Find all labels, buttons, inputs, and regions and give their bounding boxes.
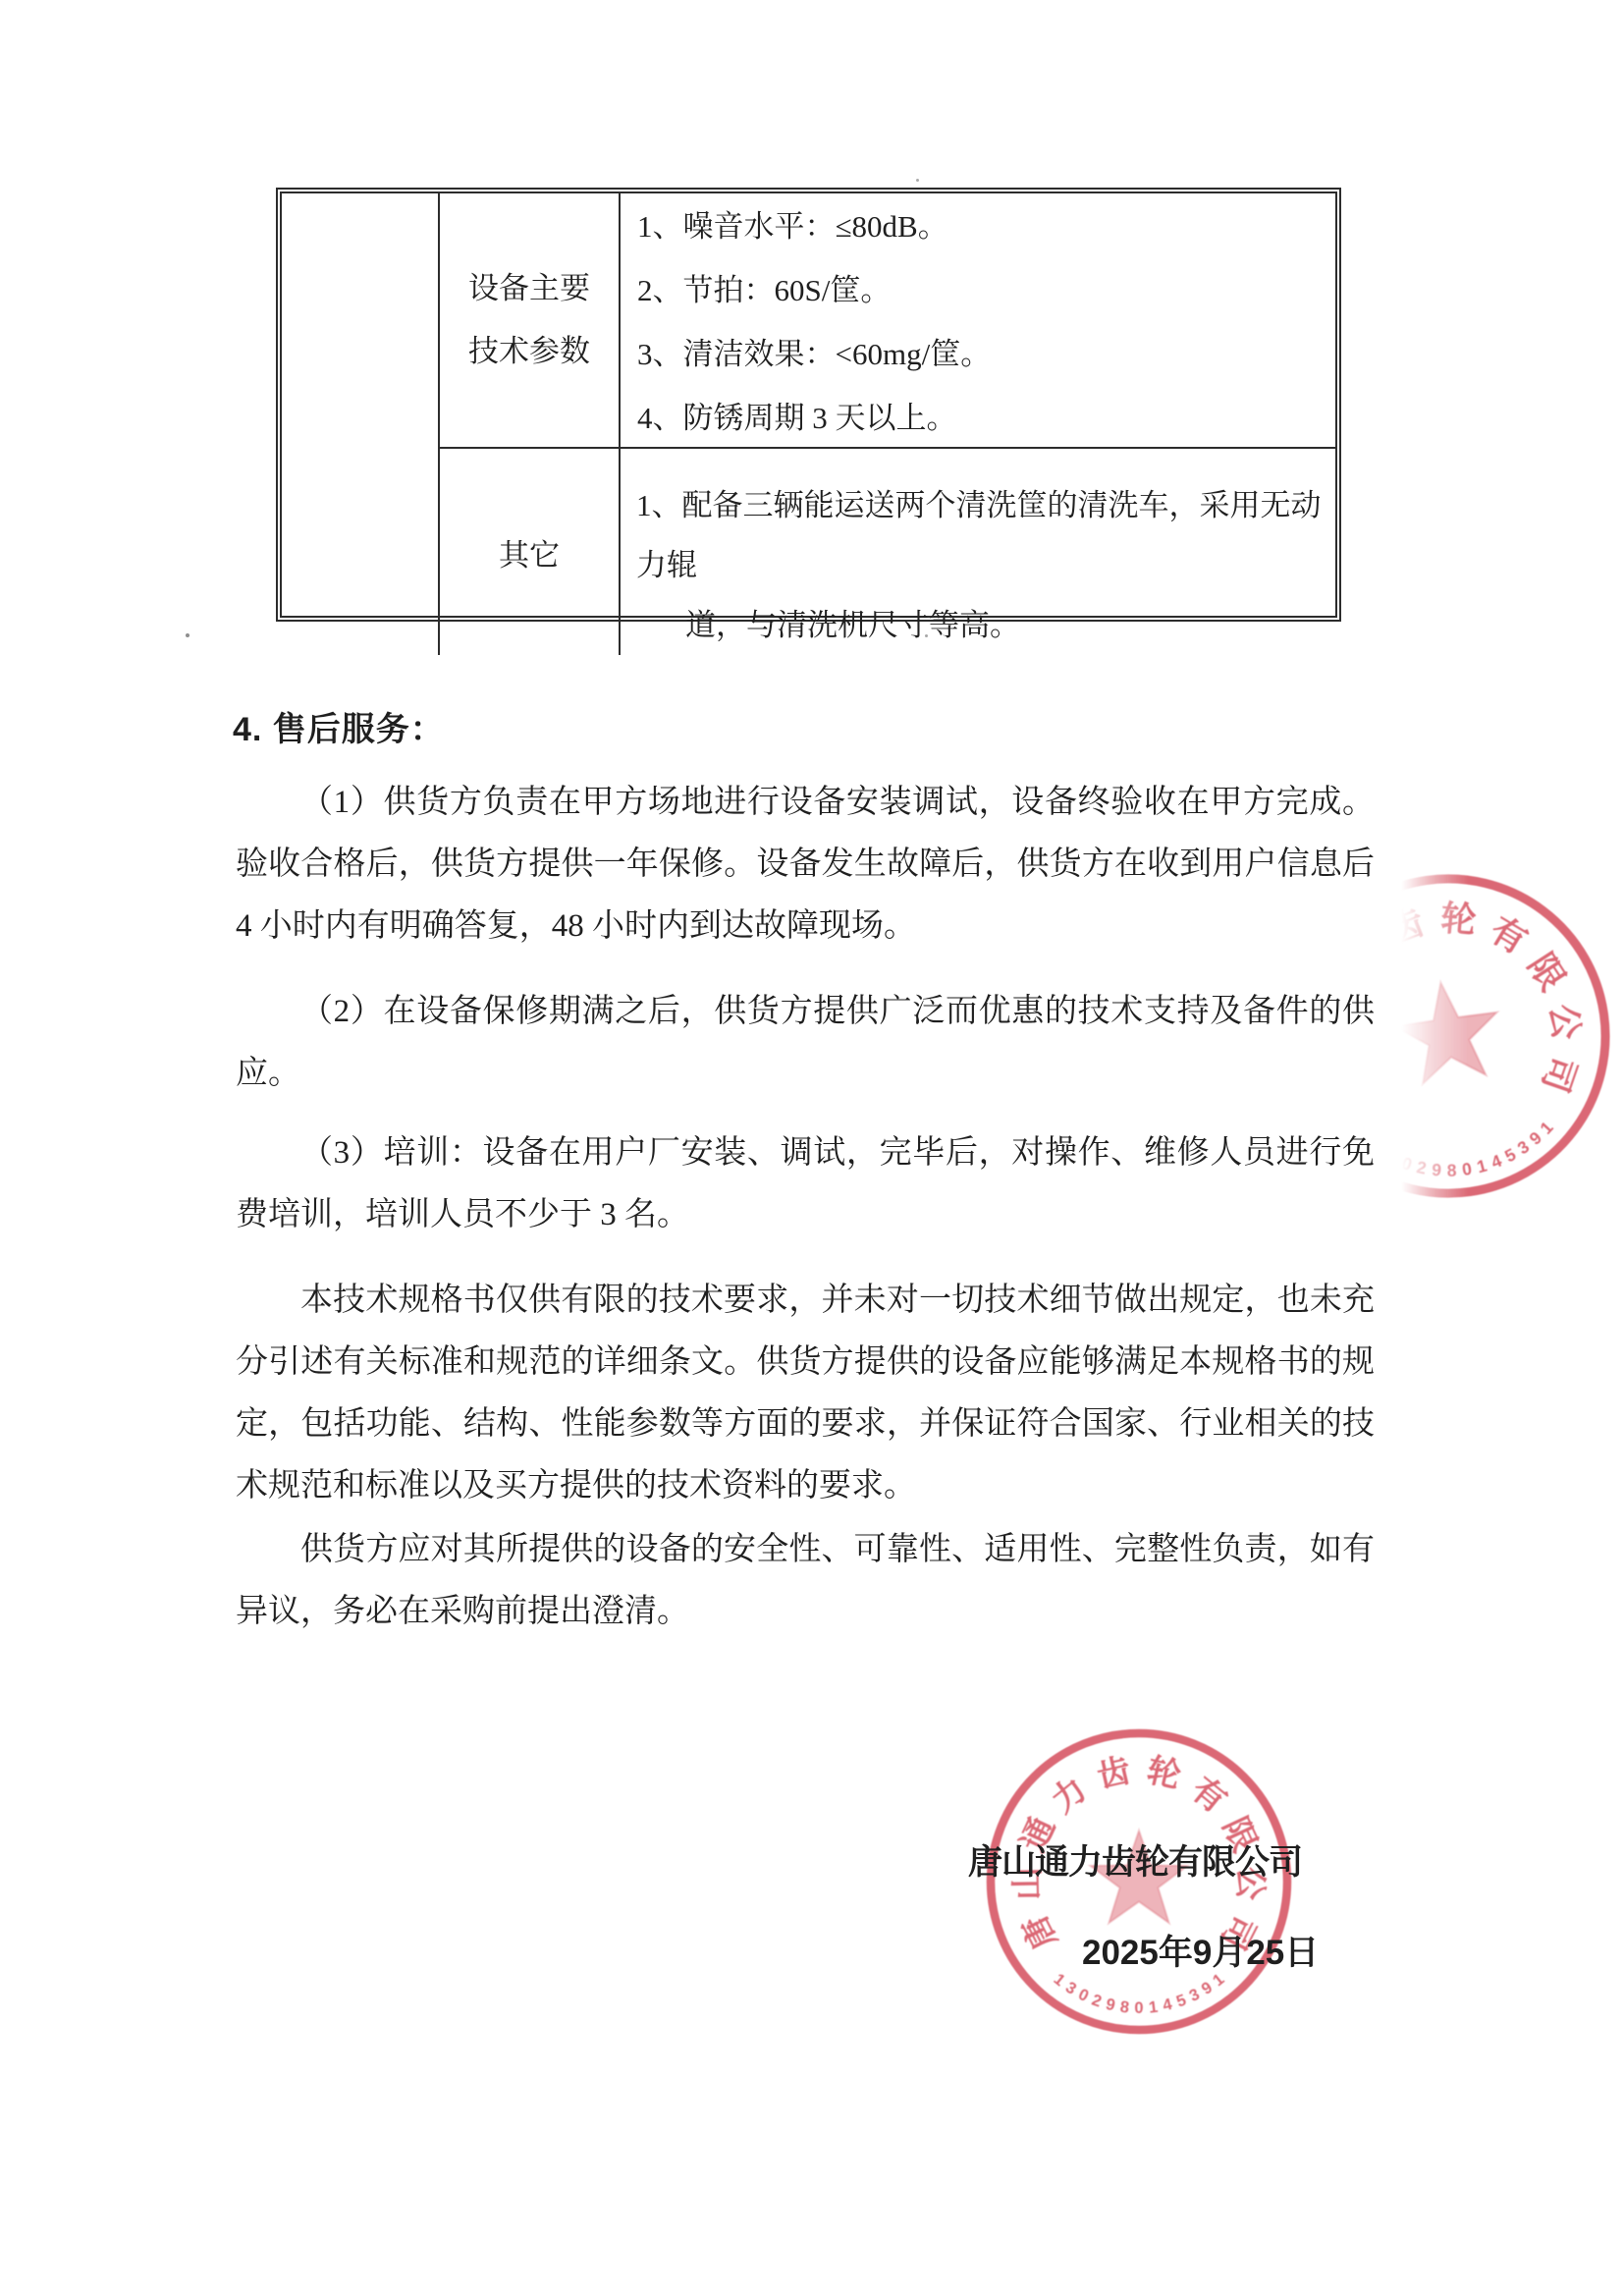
- param-body-cell: 1、噪音水平：≤80dB。 2、节拍：60S/筐。 3、清洁效果：<60mg/筐…: [621, 193, 1335, 449]
- paragraph-after-sales-2: （2）在设备保修期满之后，供货方提供广泛而优惠的技术支持及备件的供 应。: [236, 981, 1375, 1105]
- text-line: 供货方应对其所提供的设备的安全性、可靠性、适用性、完整性负责，如有: [236, 1519, 1375, 1581]
- other-header-cell: 其它: [440, 449, 621, 655]
- signature-date: 2025年9月25日: [1082, 1926, 1319, 1975]
- svg-text:0: 0: [1399, 1153, 1414, 1175]
- scan-speck: [186, 633, 189, 637]
- svg-text:3: 3: [1384, 1147, 1401, 1169]
- text-line: 分引述有关标准和规范的详细条文。供货方提供的设备应能够满足本规格书的规: [236, 1332, 1375, 1394]
- other-item-line: 道，与清洗机尺寸等高。: [636, 595, 1327, 655]
- svg-text:1: 1: [1148, 1998, 1159, 2017]
- svg-text:2: 2: [1415, 1157, 1429, 1178]
- spec-table: 设备主要 技术参数 1、噪音水平：≤80dB。 2、节拍：60S/筐。 3、清洁…: [276, 188, 1341, 622]
- text-line: 本技术规格书仅供有限的技术要求，并未对一切技术细节做出规定，也未充: [236, 1270, 1375, 1332]
- svg-text:1: 1: [1536, 1118, 1556, 1138]
- text-line: 费培训，培训人员不少于 3 名。: [236, 1184, 1375, 1246]
- svg-text:5: 5: [1174, 1992, 1189, 2011]
- document-page: 设备主要 技术参数 1、噪音水平：≤80dB。 2、节拍：60S/筐。 3、清洁…: [0, 0, 1623, 2296]
- text-line: （3）培训：设备在用户厂安装、调试，完毕后，对操作、维修人员进行免: [236, 1122, 1375, 1184]
- scan-speck: [925, 634, 928, 637]
- svg-text:8: 8: [1446, 1161, 1457, 1180]
- svg-text:3: 3: [1186, 1986, 1202, 2005]
- text-line: 异议，务必在采购前提出澄清。: [236, 1581, 1375, 1643]
- text-line: 定，包括功能、结构、性能参数等方面的要求，并保证符合国家、行业相关的技: [236, 1394, 1375, 1455]
- svg-text:0: 0: [1134, 1999, 1143, 2017]
- svg-text:9: 9: [1104, 1995, 1116, 2015]
- param-header-line: 技术参数: [468, 320, 590, 383]
- svg-text:有: 有: [1184, 1771, 1233, 1821]
- svg-text:有: 有: [1484, 909, 1535, 962]
- paragraph-supplier-responsibility: 供货方应对其所提供的设备的安全性、可靠性、适用性、完整性负责，如有 异议，务必在…: [236, 1519, 1375, 1643]
- other-body-cell: 1、配备三辆能运送两个清洗筐的清洗车，采用无动力辊 道，与清洗机尺寸等高。: [621, 449, 1335, 655]
- scan-speck: [916, 179, 919, 182]
- text-line: 术规范和标准以及买方提供的技术资料的要求。: [236, 1455, 1375, 1517]
- svg-text:4: 4: [1161, 1995, 1174, 2015]
- paragraph-spec-scope: 本技术规格书仅供有限的技术要求，并未对一切技术细节做出规定，也未充 分引述有关标…: [236, 1270, 1375, 1517]
- param-item: 2、节拍：60S/筐。: [637, 258, 1327, 322]
- text-line: 验收合格后，供货方提供一年保修。设备发生故障后，供货方在收到用户信息后: [236, 834, 1375, 896]
- svg-text:轮: 轮: [1144, 1751, 1185, 1796]
- svg-text:0: 0: [1075, 1986, 1091, 2005]
- svg-text:齿: 齿: [1382, 902, 1430, 952]
- other-header-label: 其它: [499, 530, 560, 574]
- param-item: 1、噪音水平：≤80dB。: [637, 194, 1327, 258]
- paragraph-after-sales-1: （1）供货方负责在甲方场地进行设备安装调试，设备终验收在甲方完成。 验收合格后，…: [236, 772, 1375, 957]
- svg-text:2: 2: [1090, 1992, 1105, 2011]
- svg-text:轮: 轮: [1439, 898, 1478, 941]
- svg-text:限: 限: [1520, 946, 1573, 998]
- svg-text:9: 9: [1431, 1160, 1442, 1180]
- signature-company-name: 唐山通力齿轮有限公司: [968, 1835, 1302, 1885]
- svg-text:唐: 唐: [1016, 1909, 1064, 1956]
- svg-text:司: 司: [1535, 1051, 1584, 1097]
- section-heading: 4. 售后服务：: [233, 704, 445, 755]
- param-header-cell: 设备主要 技术参数: [440, 193, 621, 449]
- text-line: （2）在设备保修期满之后，供货方提供广泛而优惠的技术支持及备件的供: [236, 981, 1375, 1043]
- svg-text:4: 4: [1488, 1150, 1505, 1172]
- other-item-line: 1、配备三辆能运送两个清洗筐的清洗车，采用无动力辊: [636, 475, 1327, 595]
- svg-text:1: 1: [1475, 1155, 1489, 1176]
- svg-text:公: 公: [1542, 1002, 1587, 1042]
- paragraph-after-sales-3: （3）培训：设备在用户厂安装、调试，完毕后，对操作、维修人员进行免 费培训，培训…: [236, 1122, 1375, 1246]
- table-empty-cell: [282, 193, 440, 655]
- svg-text:8: 8: [1119, 1998, 1130, 2017]
- param-item: 3、清洁效果：<60mg/筐。: [637, 322, 1327, 386]
- text-line: 4 小时内有明确答复，48 小时内到达故障现场。: [236, 896, 1375, 957]
- param-header-line: 设备主要: [468, 257, 590, 320]
- svg-text:3: 3: [1062, 1979, 1079, 1998]
- text-line: 应。: [236, 1043, 1375, 1105]
- svg-text:齿: 齿: [1094, 1752, 1135, 1796]
- text-line: （1）供货方负责在甲方场地进行设备安装调试，设备终验收在甲方完成。: [236, 772, 1375, 834]
- svg-text:0: 0: [1461, 1159, 1473, 1179]
- param-item: 4、防锈周期 3 天以上。: [637, 386, 1327, 450]
- svg-text:力: 力: [1045, 1771, 1094, 1821]
